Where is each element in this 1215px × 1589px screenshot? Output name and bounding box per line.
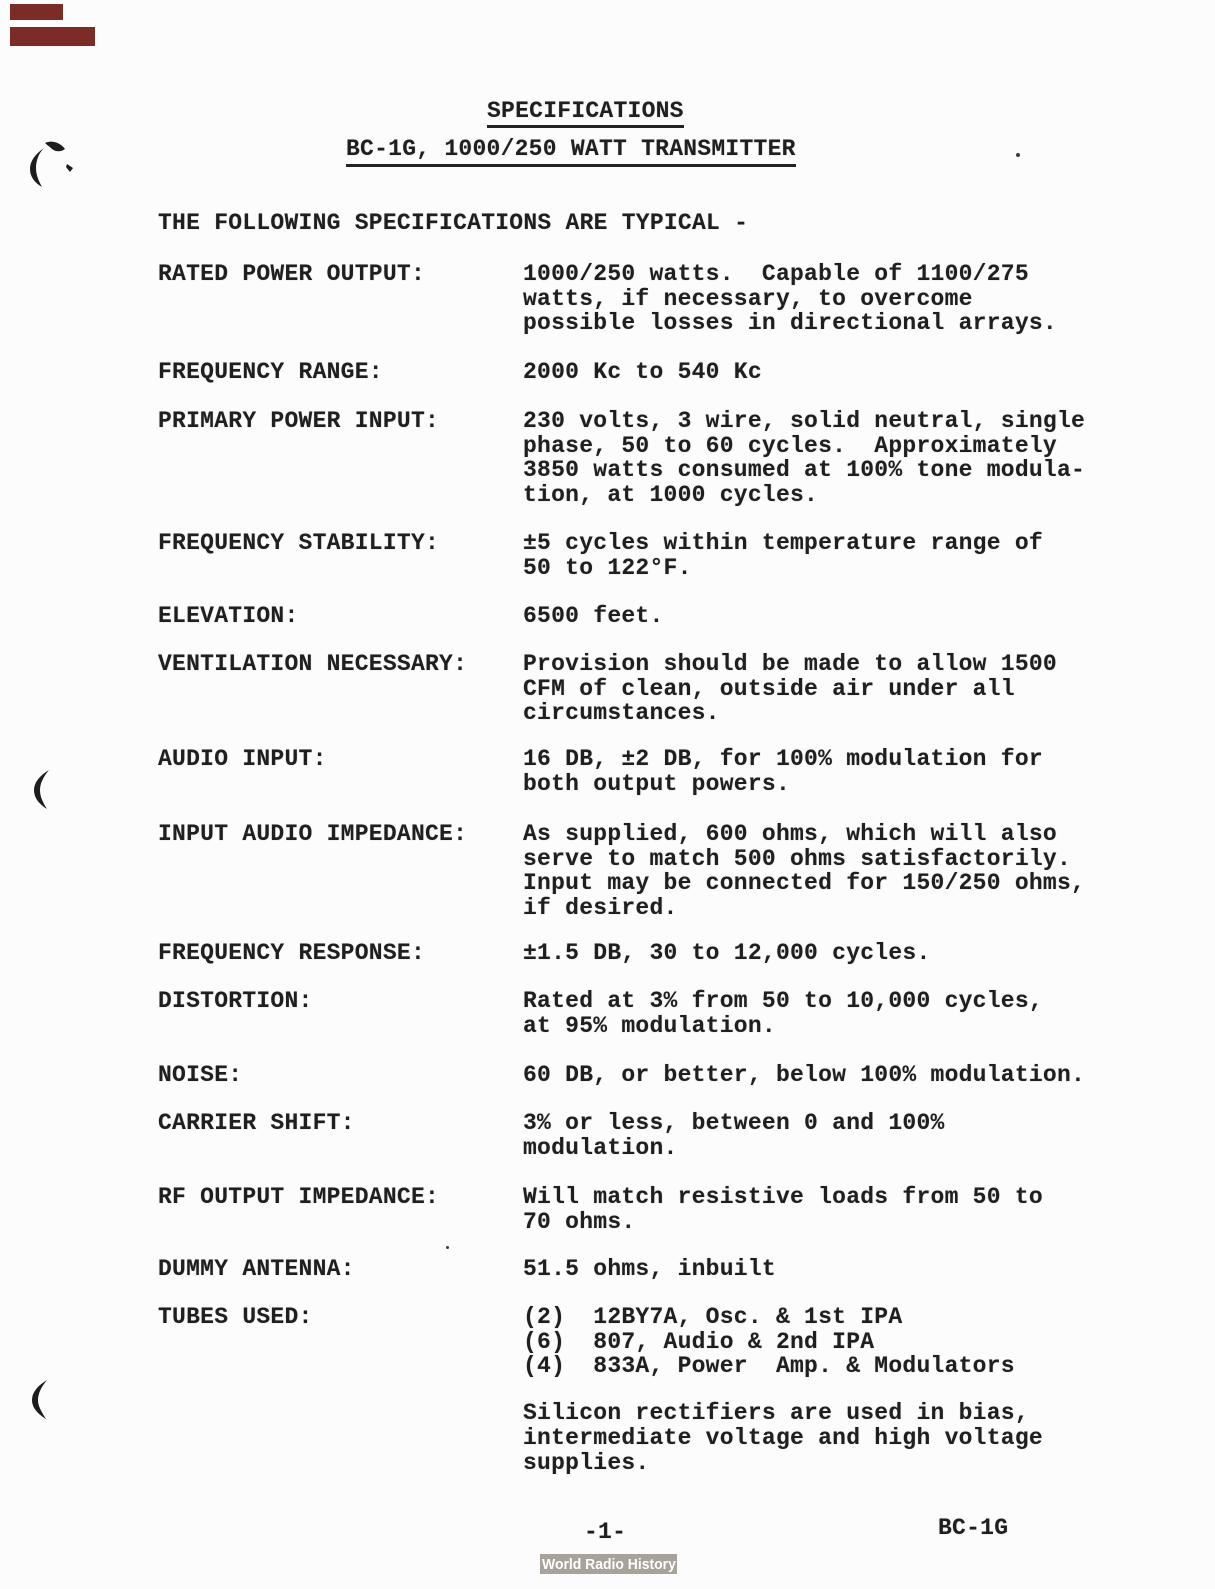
spec-value-line: 3% or less, between 0 and 100% [523, 1111, 945, 1136]
spec-value: 16 DB, ±2 DB, for 100% modulation forbot… [523, 747, 1043, 796]
spec-value: ±5 cycles within temperature range of50 … [523, 531, 1043, 580]
ink-speck [446, 1246, 449, 1249]
spec-value: (2) 12BY7A, Osc. & 1st IPA(6) 807, Audio… [523, 1305, 1043, 1475]
spec-paragraph: Will match resistive loads from 50 to70 … [523, 1185, 1043, 1234]
spec-paragraph: ±5 cycles within temperature range of50 … [523, 531, 1043, 580]
spec-value: 51.5 ohms, inbuilt [523, 1257, 776, 1282]
spec-paragraph: 60 DB, or better, below 100% modulation. [523, 1063, 1085, 1088]
spec-value-line: ±1.5 DB, 30 to 12,000 cycles. [523, 941, 931, 966]
spec-value: 2000 Kc to 540 Kc [523, 360, 762, 385]
spec-value: ±1.5 DB, 30 to 12,000 cycles. [523, 941, 931, 966]
spec-value-line: (4) 833A, Power Amp. & Modulators [523, 1354, 1043, 1379]
spec-value-line: Will match resistive loads from 50 to [523, 1185, 1043, 1210]
spec-value-line: Silicon rectifiers are used in bias, [523, 1401, 1043, 1426]
watermark-text: World Radio History [542, 1556, 676, 1573]
spec-paragraph: 230 volts, 3 wire, solid neutral, single… [523, 409, 1085, 508]
spec-value-line: phase, 50 to 60 cycles. Approximately [523, 434, 1085, 459]
spec-value-line: 50 to 122°F. [523, 556, 1043, 581]
spec-value-line: modulation. [523, 1136, 945, 1161]
spec-label: CARRIER SHIFT: [158, 1111, 355, 1136]
spec-paragraph: ±1.5 DB, 30 to 12,000 cycles. [523, 941, 931, 966]
spec-value: Rated at 3% from 50 to 10,000 cycles,at … [523, 989, 1043, 1038]
spec-value-line: (6) 807, Audio & 2nd IPA [523, 1330, 1043, 1355]
spec-value-line: As supplied, 600 ohms, which will also [523, 822, 1085, 847]
spec-value-line: tion, at 1000 cycles. [523, 483, 1085, 508]
spec-value-line: if desired. [523, 896, 1085, 921]
spec-value: 6500 feet. [523, 604, 664, 629]
spec-paragraph: As supplied, 600 ohms, which will alsose… [523, 822, 1085, 921]
red-redaction-mark-1 [10, 4, 63, 20]
spec-label: TUBES USED: [158, 1305, 313, 1330]
margin-pen-mark-3 [32, 1380, 51, 1420]
spec-value-line: (2) 12BY7A, Osc. & 1st IPA [523, 1305, 1043, 1330]
red-redaction-mark-2 [10, 27, 95, 46]
spec-value-line: Input may be connected for 150/250 ohms, [523, 871, 1085, 896]
spec-value-line: 70 ohms. [523, 1210, 1043, 1235]
spec-value-line: 1000/250 watts. Capable of 1100/275 [523, 262, 1057, 287]
spec-label: FREQUENCY RESPONSE: [158, 941, 425, 966]
spec-label: ELEVATION: [158, 604, 299, 629]
spec-value-line: 2000 Kc to 540 Kc [523, 360, 762, 385]
spec-value-line: serve to match 500 ohms satisfactorily. [523, 847, 1085, 872]
spec-value-line: Rated at 3% from 50 to 10,000 cycles, [523, 989, 1043, 1014]
spec-label: DISTORTION: [158, 989, 313, 1014]
spec-value: 230 volts, 3 wire, solid neutral, single… [523, 409, 1085, 508]
page-subtitle: BC-1G, 1000/250 WATT TRANSMITTER [346, 137, 796, 167]
spec-value-line: 16 DB, ±2 DB, for 100% modulation for [523, 747, 1043, 772]
spec-paragraph: 1000/250 watts. Capable of 1100/275watts… [523, 262, 1057, 336]
spec-value-line: CFM of clean, outside air under all [523, 677, 1057, 702]
spec-paragraph: (2) 12BY7A, Osc. & 1st IPA(6) 807, Audio… [523, 1305, 1043, 1379]
margin-pen-mark-1 [30, 140, 78, 192]
spec-value-line: Provision should be made to allow 1500 [523, 652, 1057, 677]
spec-label: RF OUTPUT IMPEDANCE: [158, 1185, 439, 1210]
spec-value-line: intermediate voltage and high voltage [523, 1426, 1043, 1451]
spec-value: 3% or less, between 0 and 100%modulation… [523, 1111, 945, 1160]
page-title: SPECIFICATIONS [487, 99, 684, 128]
spec-value-line: ±5 cycles within temperature range of [523, 531, 1043, 556]
spec-value-line: at 95% modulation. [523, 1014, 1043, 1039]
watermark-badge: World Radio History [540, 1554, 677, 1574]
spec-label: PRIMARY POWER INPUT: [158, 409, 439, 434]
spec-value-line: both output powers. [523, 772, 1043, 797]
spec-value: Provision should be made to allow 1500CF… [523, 652, 1057, 726]
ink-speck [1016, 153, 1020, 157]
spec-label: NOISE: [158, 1063, 242, 1088]
spec-label: AUDIO INPUT: [158, 747, 327, 772]
spec-paragraph: 3% or less, between 0 and 100%modulation… [523, 1111, 945, 1160]
spec-value-line: 51.5 ohms, inbuilt [523, 1257, 776, 1282]
spec-value-line: 3850 watts consumed at 100% tone modula- [523, 458, 1085, 483]
spec-value: 1000/250 watts. Capable of 1100/275watts… [523, 262, 1057, 336]
spec-value: Will match resistive loads from 50 to70 … [523, 1185, 1043, 1234]
spec-value-line: possible losses in directional arrays. [523, 311, 1057, 336]
spec-paragraph: 51.5 ohms, inbuilt [523, 1257, 776, 1282]
spec-label: INPUT AUDIO IMPEDANCE: [158, 822, 467, 847]
spec-paragraph: Rated at 3% from 50 to 10,000 cycles,at … [523, 989, 1043, 1038]
spec-value-line: watts, if necessary, to overcome [523, 287, 1057, 312]
spec-value-line: supplies. [523, 1451, 1043, 1476]
spec-label: VENTILATION NECESSARY: [158, 652, 467, 677]
spec-paragraph: 16 DB, ±2 DB, for 100% modulation forbot… [523, 747, 1043, 796]
spec-label: DUMMY ANTENNA: [158, 1257, 355, 1282]
intro-line: THE FOLLOWING SPECIFICATIONS ARE TYPICAL… [158, 211, 748, 236]
spec-paragraph: Silicon rectifiers are used in bias,inte… [523, 1401, 1043, 1475]
spec-label: FREQUENCY STABILITY: [158, 531, 439, 556]
spec-value: 60 DB, or better, below 100% modulation. [523, 1063, 1085, 1088]
spec-value-line: 6500 feet. [523, 604, 664, 629]
spec-value: As supplied, 600 ohms, which will alsose… [523, 822, 1085, 921]
spec-label: RATED POWER OUTPUT: [158, 262, 425, 287]
spec-value-line: 60 DB, or better, below 100% modulation. [523, 1063, 1085, 1088]
spec-paragraph: Provision should be made to allow 1500CF… [523, 652, 1057, 726]
spec-paragraph: 2000 Kc to 540 Kc [523, 360, 762, 385]
margin-pen-mark-2 [34, 770, 52, 810]
spec-paragraph: 6500 feet. [523, 604, 664, 629]
spec-value-line: 230 volts, 3 wire, solid neutral, single [523, 409, 1085, 434]
document-page: SPECIFICATIONS BC-1G, 1000/250 WATT TRAN… [0, 0, 1215, 1589]
doc-ref: BC-1G [938, 1516, 1008, 1541]
spec-label: FREQUENCY RANGE: [158, 360, 383, 385]
spec-value-line: circumstances. [523, 701, 1057, 726]
page-number: -1- [584, 1520, 626, 1545]
